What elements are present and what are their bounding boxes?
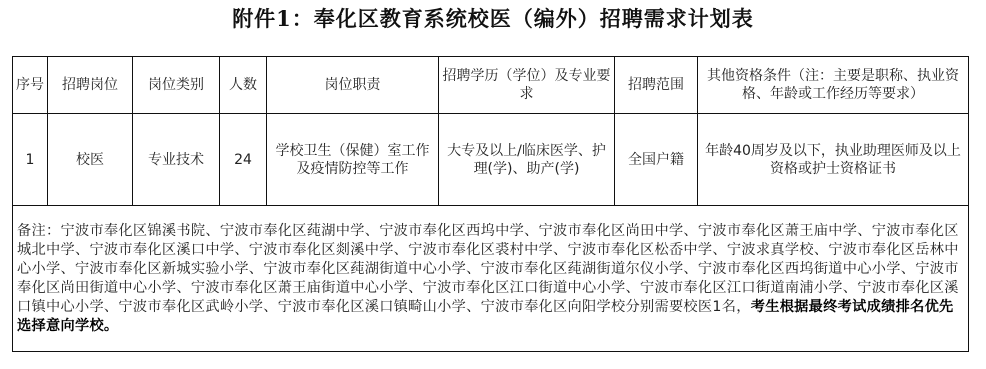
header-duties: 岗位职责 bbox=[267, 57, 439, 114]
header-other-requirements: 其他资格条件（注：主要是职称、执业资格、年龄或工作经历等要求） bbox=[698, 57, 969, 114]
table-header-row: 序号 招聘岗位 岗位类别 人数 岗位职责 招聘学历（学位）及专业要求 招聘范围 … bbox=[13, 57, 969, 114]
cell-other-requirements: 年龄40周岁及以下，执业助理医师及以上资格或护士资格证书 bbox=[698, 114, 969, 206]
header-count: 人数 bbox=[220, 57, 267, 114]
cell-position: 校医 bbox=[48, 114, 133, 206]
table-row: 1 校医 专业技术 24 学校卫生（保健）室工作及疫情防控等工作 大专及以上/临… bbox=[13, 114, 969, 206]
recruitment-plan-table: 序号 招聘岗位 岗位类别 人数 岗位职责 招聘学历（学位）及专业要求 招聘范围 … bbox=[12, 56, 969, 352]
note-row: 备注：宁波市奉化区锦溪书院、宁波市奉化区莼湖中学、宁波市奉化区西坞中学、宁波市奉… bbox=[13, 206, 969, 352]
cell-index: 1 bbox=[13, 114, 48, 206]
cell-count: 24 bbox=[220, 114, 267, 206]
document-title: 附件1：奉化区教育系统校医（编外）招聘需求计划表 bbox=[0, 4, 986, 34]
header-category: 岗位类别 bbox=[133, 57, 220, 114]
header-index: 序号 bbox=[13, 57, 48, 114]
cell-duties: 学校卫生（保健）室工作及疫情防控等工作 bbox=[267, 114, 439, 206]
header-education: 招聘学历（学位）及专业要求 bbox=[439, 57, 615, 114]
cell-education: 大专及以上/临床医学、护理(学)、助产(学) bbox=[439, 114, 615, 206]
header-position: 招聘岗位 bbox=[48, 57, 133, 114]
cell-scope: 全国户籍 bbox=[615, 114, 698, 206]
note-cell: 备注：宁波市奉化区锦溪书院、宁波市奉化区莼湖中学、宁波市奉化区西坞中学、宁波市奉… bbox=[13, 206, 969, 352]
cell-category: 专业技术 bbox=[133, 114, 220, 206]
header-scope: 招聘范围 bbox=[615, 57, 698, 114]
